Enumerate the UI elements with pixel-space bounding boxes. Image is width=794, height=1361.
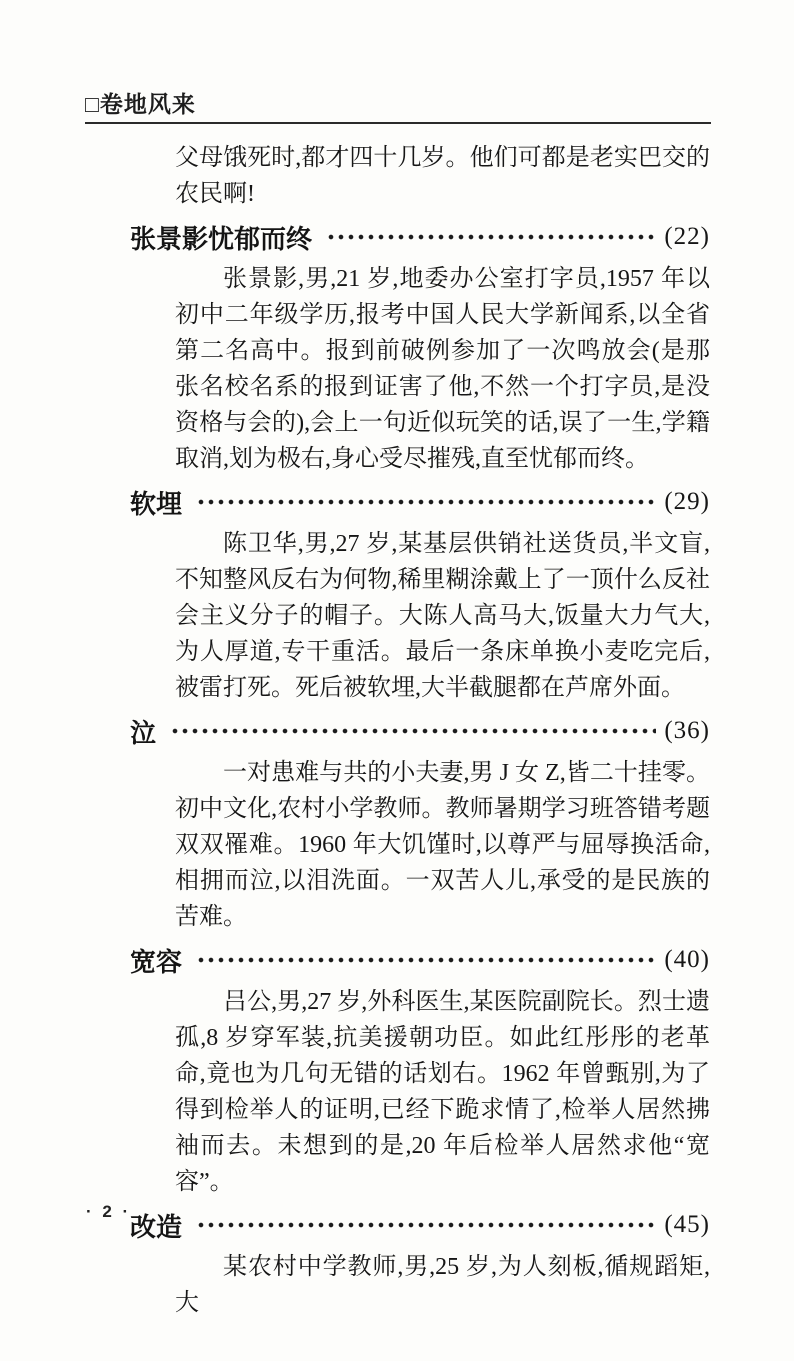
- toc-entry-summary: 某农村中学教师,男,25 岁,为人刻板,循规蹈矩,大: [175, 1249, 710, 1321]
- toc-entry-summary: 吕公,男,27 岁,外科医生,某医院副院长。烈士遗孤,8 岁穿军装,抗美援朝功臣…: [175, 984, 710, 1200]
- dot-leader: [170, 713, 656, 749]
- toc-entry-heading: 泣 (36): [130, 713, 710, 749]
- toc-entry-title: 张景影忧郁而终: [130, 219, 312, 256]
- dot-leader: [196, 1207, 656, 1243]
- toc-entry-summary: 一对患难与共的小夫妻,男 J 女 Z,皆二十挂零。初中文化,农村小学教师。教师暑…: [175, 755, 710, 935]
- toc-entry-title: 泣: [130, 713, 156, 750]
- toc-entry-title: 改造: [130, 1207, 182, 1244]
- book-page: □卷地风来 父母饿死时,都才四十几岁。他们可都是老实巴交的农民啊! 张景影忧郁而…: [0, 0, 794, 1361]
- toc-entry-page-number: (36): [664, 717, 710, 745]
- toc-entry-heading: 宽容 (40): [130, 942, 710, 978]
- toc-entry-page-number: (22): [664, 223, 710, 251]
- page-number: · 2 ·: [86, 1202, 131, 1222]
- toc-entry-summary: 张景影,男,21 岁,地委办公室打字员,1957 年以初中二年级学历,报考中国人…: [175, 261, 710, 477]
- toc-entry-heading: 改造 (45): [130, 1207, 710, 1243]
- toc-entry-page-number: (40): [664, 946, 710, 974]
- intro-paragraph: 父母饿死时,都才四十几岁。他们可都是老实巴交的农民啊!: [175, 140, 710, 212]
- toc-entry-heading: 软埋 (29): [130, 484, 710, 520]
- dot-leader: [196, 484, 656, 520]
- toc-entry: 张景影忧郁而终 (22) 张景影,男,21 岁,地委办公室打字员,1957 年以…: [130, 219, 710, 477]
- toc-entry: 宽容 (40) 吕公,男,27 岁,外科医生,某医院副院长。烈士遗孤,8 岁穿军…: [130, 942, 710, 1200]
- toc-entry-page-number: (45): [664, 1211, 710, 1239]
- toc-entry: 改造 (45) 某农村中学教师,男,25 岁,为人刻板,循规蹈矩,大: [130, 1207, 710, 1321]
- dot-leader: [326, 219, 656, 255]
- running-header: □卷地风来: [85, 86, 711, 124]
- toc-entry-summary: 陈卫华,男,27 岁,某基层供销社送货员,半文盲,不知整风反右为何物,稀里糊涂戴…: [175, 526, 710, 706]
- toc-entry-title: 软埋: [130, 484, 182, 521]
- running-header-title: □卷地风来: [85, 91, 196, 117]
- dot-leader: [196, 942, 656, 978]
- toc-entry-page-number: (29): [664, 488, 710, 516]
- toc-entry: 泣 (36) 一对患难与共的小夫妻,男 J 女 Z,皆二十挂零。初中文化,农村小…: [130, 713, 710, 935]
- table-of-contents: 父母饿死时,都才四十几岁。他们可都是老实巴交的农民啊! 张景影忧郁而终 (22)…: [130, 140, 710, 1321]
- toc-entry: 软埋 (29) 陈卫华,男,27 岁,某基层供销社送货员,半文盲,不知整风反右为…: [130, 484, 710, 706]
- header-rule: [85, 122, 711, 124]
- toc-entry-title: 宽容: [130, 942, 182, 979]
- toc-entry-heading: 张景影忧郁而终 (22): [130, 219, 710, 255]
